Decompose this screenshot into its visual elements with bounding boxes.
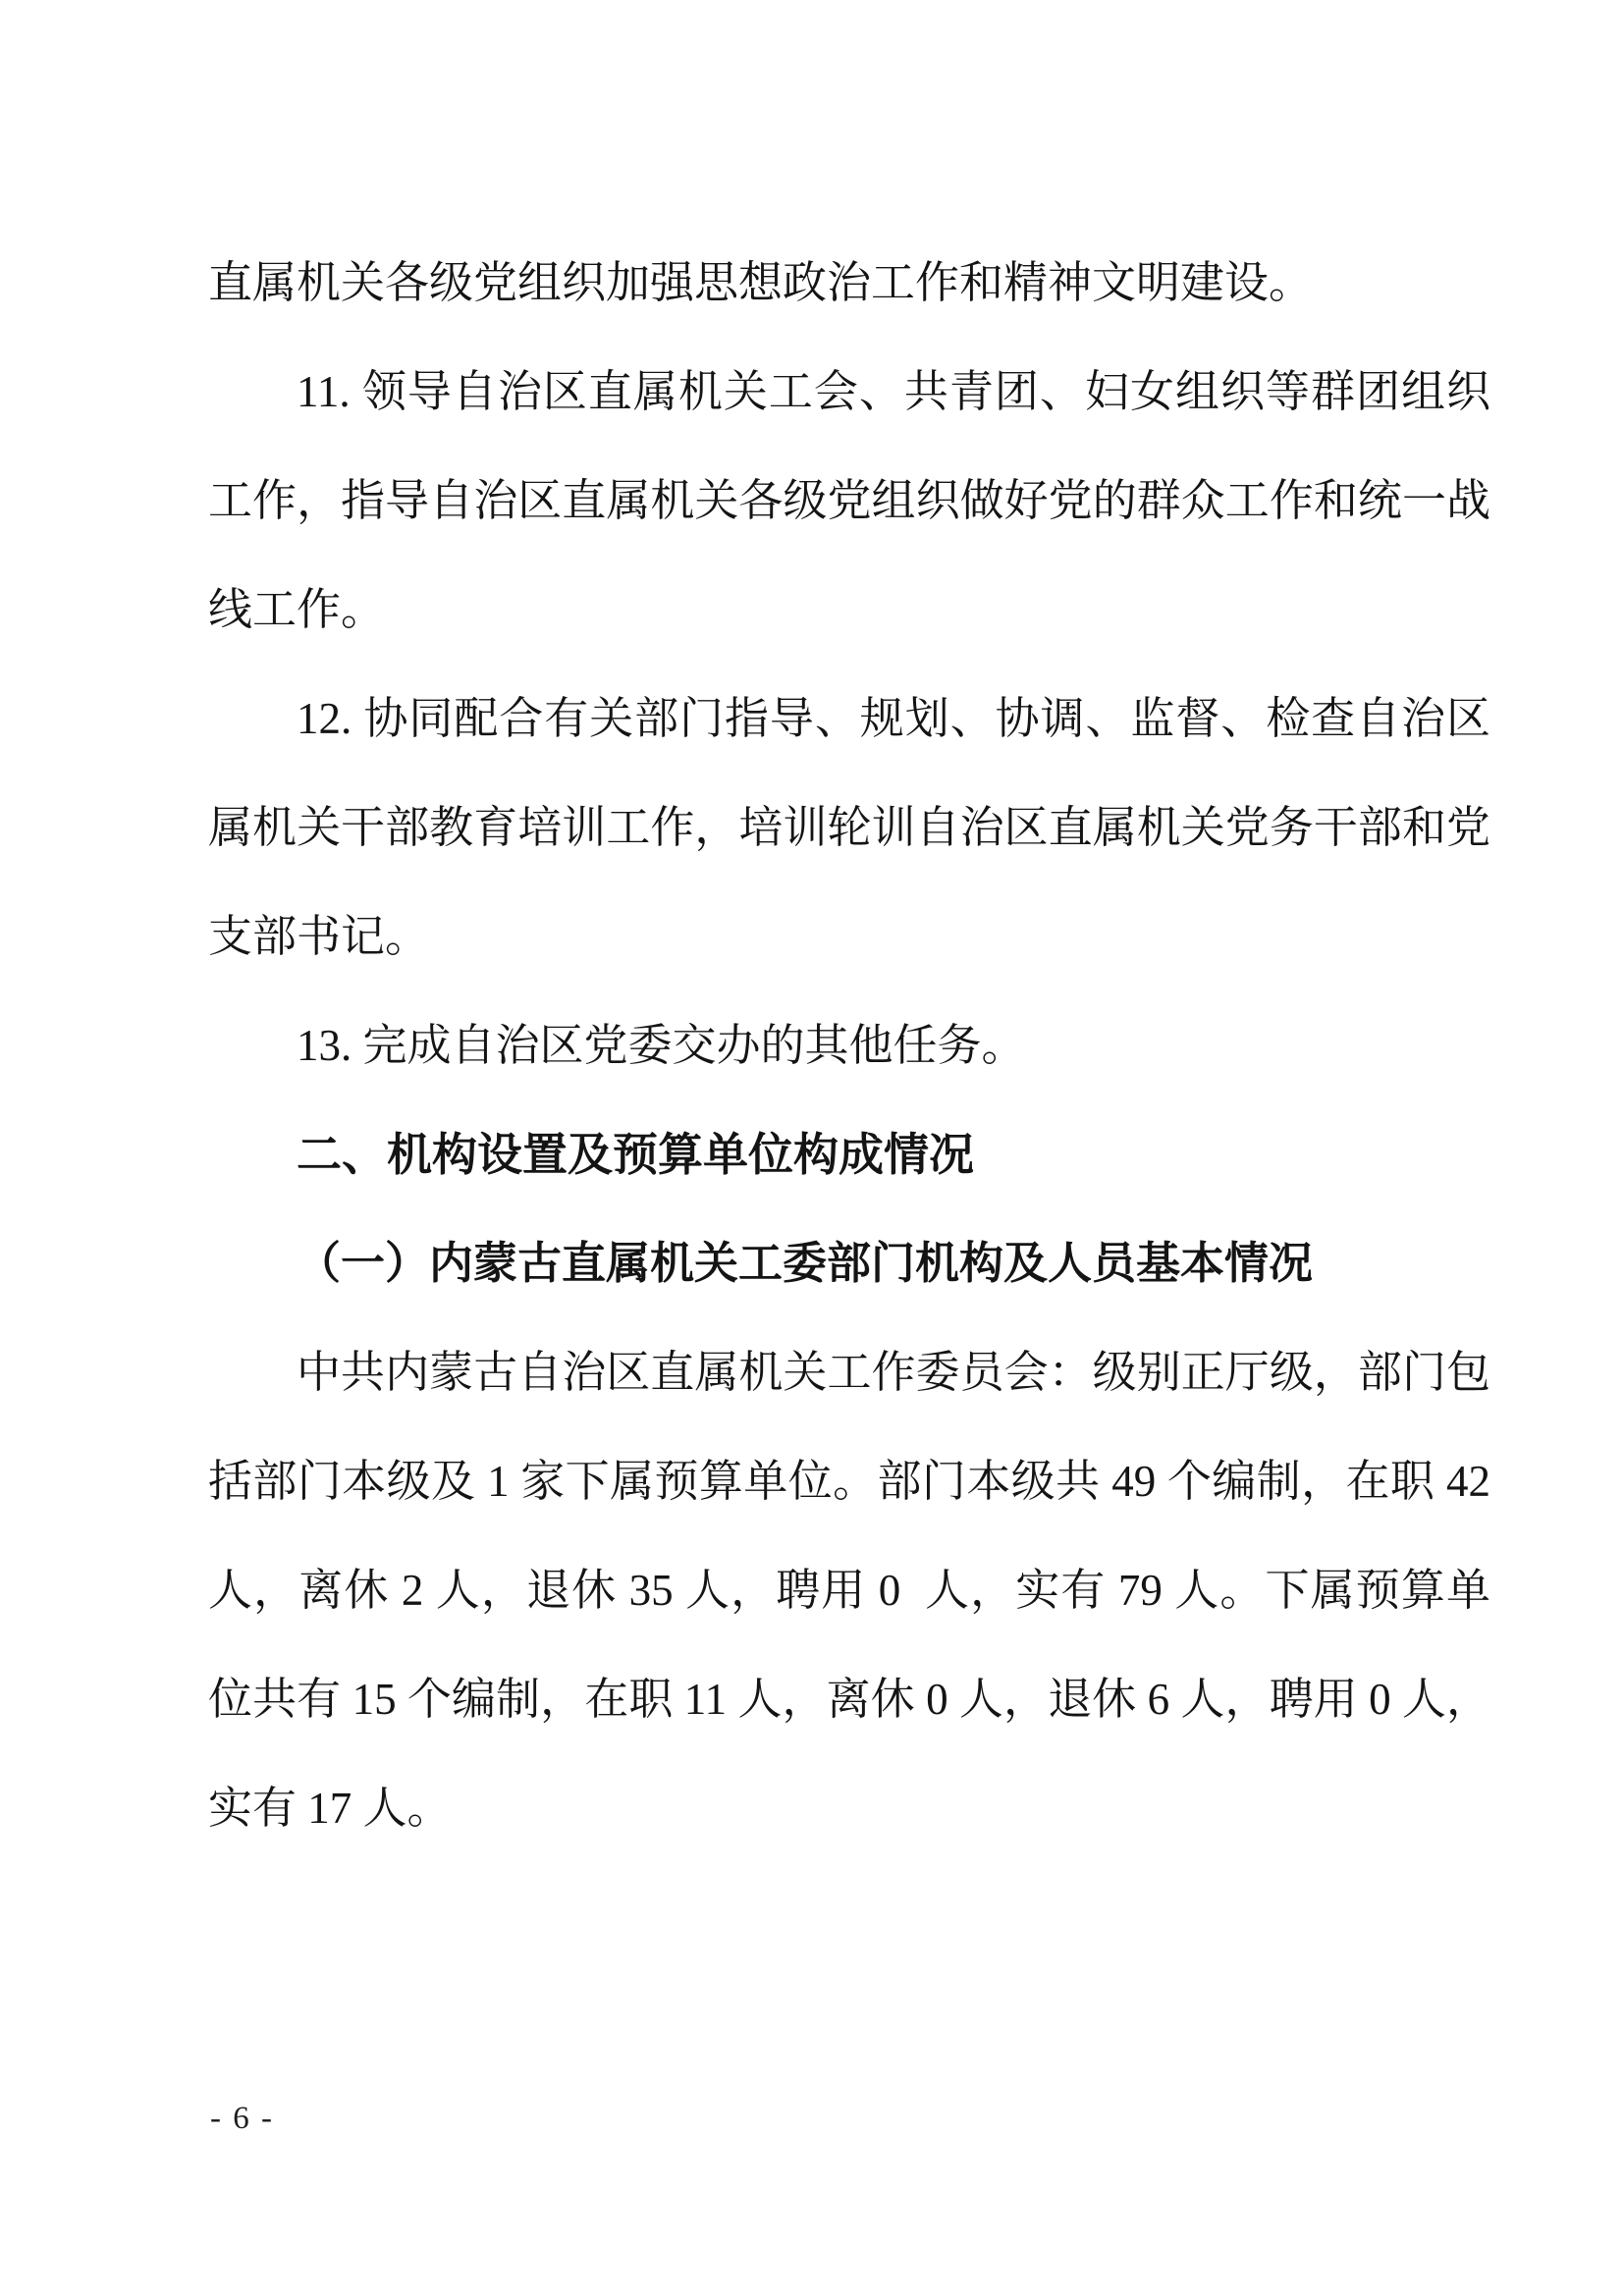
subsection-heading: （一）内蒙古直属机关工委部门机构及人员基本情况: [208, 1209, 1490, 1318]
paragraph-line: 人，离休 2 人，退休 35 人，聘用 0 人，实有 79 人。下属预算单: [208, 1536, 1490, 1645]
numbered-item-13: 13. 完成自治区党委交办的其他任务。: [208, 991, 1490, 1100]
section-heading: 二、机构设置及预算单位构成情况: [208, 1100, 1490, 1209]
paragraph-line: 实有 17 人。: [208, 1754, 1490, 1863]
paragraph-line: 括部门本级及 1 家下属预算单位。部门本级共 49 个编制，在职 42: [208, 1427, 1490, 1536]
paragraph-line: 位共有 15 个编制，在职 11 人，离休 0 人，退休 6 人，聘用 0 人，: [208, 1645, 1490, 1754]
page-number: - 6 -: [210, 2101, 274, 2136]
numbered-item-11: 11. 领导自治区直属机关工会、共青团、妇女组织等群团组织的: [208, 338, 1490, 447]
document-body: 直属机关各级党组织加强思想政治工作和精神文明建设。 11. 领导自治区直属机关工…: [208, 229, 1490, 1863]
page-footer: - 6 -: [210, 2097, 274, 2140]
paragraph-line: 工作，指导自治区直属机关各级党组织做好党的群众工作和统一战: [208, 447, 1490, 556]
paragraph-line: 线工作。: [208, 556, 1490, 665]
paragraph-line: 属机关干部教育培训工作，培训轮训自治区直属机关党务干部和党: [208, 774, 1490, 882]
paragraph-line: 中共内蒙古自治区直属机关工作委员会：级别正厅级，部门包: [208, 1318, 1490, 1427]
document-page: 直属机关各级党组织加强思想政治工作和精神文明建设。 11. 领导自治区直属机关工…: [0, 0, 1624, 2296]
paragraph-line: 支部书记。: [208, 882, 1490, 991]
paragraph-line: 直属机关各级党组织加强思想政治工作和精神文明建设。: [208, 229, 1490, 338]
numbered-item-12: 12. 协同配合有关部门指导、规划、协调、监督、检查自治区直: [208, 665, 1490, 774]
